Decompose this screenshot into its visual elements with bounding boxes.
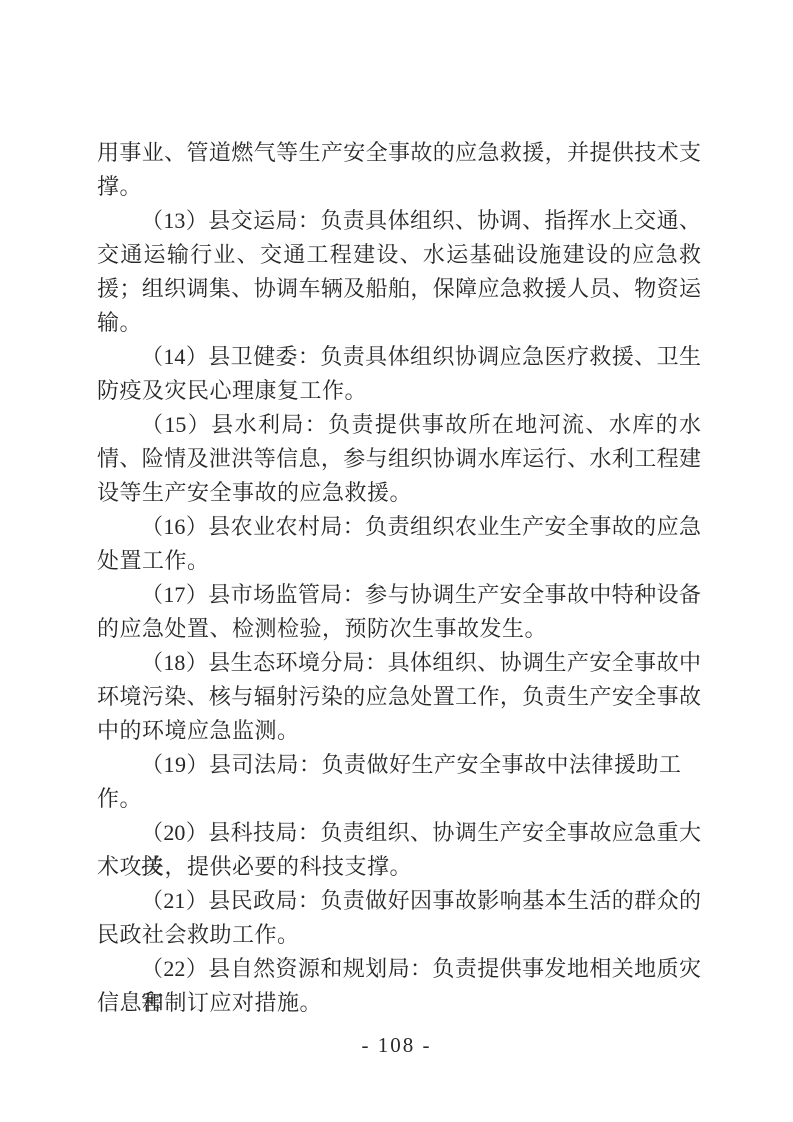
- document-body: 用事业、管道燃气等生产安全事故的应急救援，并提供技术支 撑。 （13）县交运局：…: [97, 136, 701, 1020]
- text-line: 术攻关，提供必要的科技支撑。: [97, 850, 701, 884]
- paragraph: （18）县生态环境分局：具体组织、协调生产安全事故中 环境污染、核与辐射污染的应…: [97, 646, 701, 748]
- text-line: 民政社会救助工作。: [97, 918, 701, 952]
- document-page: 用事业、管道燃气等生产安全事故的应急救援，并提供技术支 撑。 （13）县交运局：…: [0, 0, 793, 1122]
- text-line: （15）县水利局：负责提供事故所在地河流、水库的水: [97, 408, 701, 442]
- text-line: 输。: [97, 306, 701, 340]
- text-line: （13）县交运局：负责具体组织、协调、指挥水上交通、: [97, 204, 701, 238]
- paragraph: （19）县司法局：负责做好生产安全事故中法律援助工 作。: [97, 748, 701, 816]
- text-line: 情、险情及泄洪等信息，参与组织协调水库运行、水利工程建: [97, 442, 701, 476]
- paragraph: （22）县自然资源和规划局：负责提供事发地相关地质灾害 信息和制订应对措施。: [97, 952, 701, 1020]
- text-line: （21）县民政局：负责做好因事故影响基本生活的群众的: [97, 884, 701, 918]
- text-line: （16）县农业农村局：负责组织农业生产安全事故的应急: [97, 510, 701, 544]
- text-line: （22）县自然资源和规划局：负责提供事发地相关地质灾害: [97, 952, 701, 986]
- text-line: 中的环境应急监测。: [97, 714, 701, 748]
- text-line: 交通运输行业、交通工程建设、水运基础设施建设的应急救: [97, 238, 701, 272]
- page-number: - 108 -: [0, 1033, 793, 1058]
- text-line: （19）县司法局：负责做好生产安全事故中法律援助工: [97, 748, 701, 782]
- text-line: 处置工作。: [97, 544, 701, 578]
- text-line: 作。: [97, 782, 701, 816]
- paragraph: （17）县市场监管局：参与协调生产安全事故中特种设备 的应急处置、检测检验，预防…: [97, 578, 701, 646]
- text-line: （14）县卫健委：负责具体组织协调应急医疗救援、卫生: [97, 340, 701, 374]
- text-line: （20）县科技局：负责组织、协调生产安全事故应急重大技: [97, 816, 701, 850]
- paragraph: 用事业、管道燃气等生产安全事故的应急救援，并提供技术支 撑。: [97, 136, 701, 204]
- text-line: 信息和制订应对措施。: [97, 986, 701, 1020]
- text-line: （18）县生态环境分局：具体组织、协调生产安全事故中: [97, 646, 701, 680]
- paragraph: （16）县农业农村局：负责组织农业生产安全事故的应急 处置工作。: [97, 510, 701, 578]
- text-line: 援；组织调集、协调车辆及船舶，保障应急救援人员、物资运: [97, 272, 701, 306]
- paragraph: （14）县卫健委：负责具体组织协调应急医疗救援、卫生 防疫及灾民心理康复工作。: [97, 340, 701, 408]
- text-line: 环境污染、核与辐射污染的应急处置工作，负责生产安全事故: [97, 680, 701, 714]
- text-line: 设等生产安全事故的应急救援。: [97, 476, 701, 510]
- paragraph: （13）县交运局：负责具体组织、协调、指挥水上交通、 交通运输行业、交通工程建设…: [97, 204, 701, 340]
- paragraph: （20）县科技局：负责组织、协调生产安全事故应急重大技 术攻关，提供必要的科技支…: [97, 816, 701, 884]
- text-line: （17）县市场监管局：参与协调生产安全事故中特种设备: [97, 578, 701, 612]
- text-line: 撑。: [97, 170, 701, 204]
- text-line: 用事业、管道燃气等生产安全事故的应急救援，并提供技术支: [97, 136, 701, 170]
- paragraph: （21）县民政局：负责做好因事故影响基本生活的群众的 民政社会救助工作。: [97, 884, 701, 952]
- text-line: 防疫及灾民心理康复工作。: [97, 374, 701, 408]
- paragraph: （15）县水利局：负责提供事故所在地河流、水库的水 情、险情及泄洪等信息，参与组…: [97, 408, 701, 510]
- text-line: 的应急处置、检测检验，预防次生事故发生。: [97, 612, 701, 646]
